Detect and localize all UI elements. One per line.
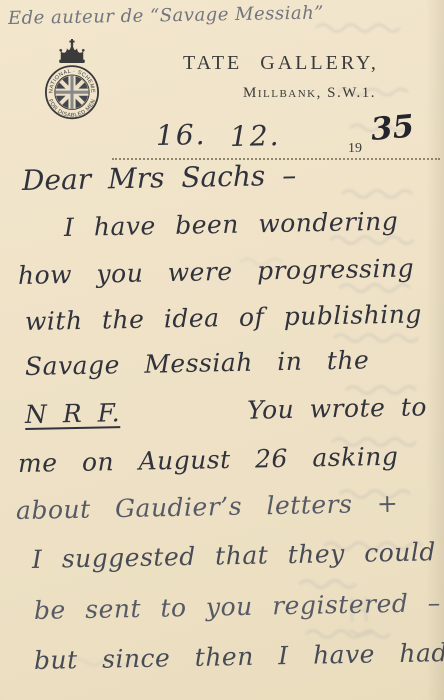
org-address: Millbank, S.W.1.: [243, 85, 376, 102]
body-line: I have been wondering: [64, 207, 399, 242]
body-line: with the idea of publishing: [25, 299, 422, 336]
date-month: 12.: [230, 119, 281, 153]
pencil-annotation: Ede auteur de “Savage Messiah”: [8, 2, 324, 29]
date-year: 35: [369, 108, 415, 148]
date-printed-century: 19: [348, 141, 362, 157]
salutation: Dear Mrs Sachs –: [22, 159, 297, 197]
crown-icon: [59, 39, 85, 63]
body-line: about Gaudier’s letters +: [16, 489, 399, 525]
union-jack-centre: [56, 76, 89, 109]
body-line: Savage Messiah in the: [25, 345, 370, 381]
nrf-abbreviation: N R F.: [25, 398, 121, 429]
body-line: I suggested that they could: [32, 537, 436, 574]
national-scheme-disabled-men-crest: NATIONAL · SCHEME FOR DISABLED MEN: [36, 38, 108, 128]
body-line-fragment: You wrote to: [247, 392, 427, 424]
body-line: me on August 26 asking: [18, 442, 399, 478]
body-line: be sent to you registered –: [34, 588, 441, 625]
body-line: N R F. You wrote to: [25, 392, 427, 429]
date-day: 16.: [156, 118, 207, 152]
org-name: TATE GALLERY,: [183, 52, 379, 75]
body-line: how you were progressing: [18, 253, 415, 290]
body-line: but since then I have had: [34, 638, 444, 675]
letter-page: Ede auteur de “Savage Messiah” NATIONAL …: [0, 0, 444, 700]
